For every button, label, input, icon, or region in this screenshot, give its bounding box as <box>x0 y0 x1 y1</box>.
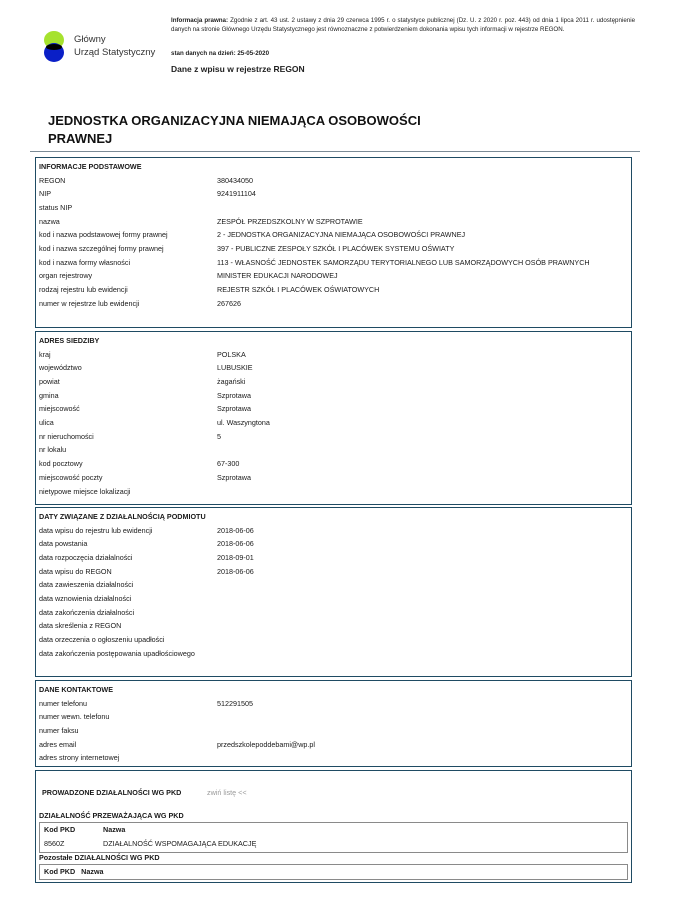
field-value: 2018-06-06 <box>217 537 628 551</box>
field-value <box>217 578 628 592</box>
field-label: data skreślenia z REGON <box>39 619 217 633</box>
page-header: Główny Urząd Statystyczny Informacja pra… <box>0 0 673 90</box>
field-row: numer wewn. telefonu <box>39 710 628 724</box>
field-row: organ rejestrowyMINISTER EDUKACJI NARODO… <box>39 269 628 283</box>
field-value: POLSKA <box>217 348 628 362</box>
section-dates: DATY ZWIĄZANE Z DZIAŁALNOŚCIĄ PODMIOTU d… <box>35 507 632 677</box>
field-value: REJESTR SZKÓŁ I PLACÓWEK OŚWIATOWYCH <box>217 283 628 297</box>
field-row: data wpisu do REGON2018-06-06 <box>39 565 628 579</box>
field-value: 113 - WŁASNOŚĆ JEDNOSTEK SAMORZĄDU TERYT… <box>217 256 628 270</box>
field-value: 2018-06-06 <box>217 565 628 579</box>
section-address: ADRES SIEDZIBY krajPOLSKAwojewództwoLUBU… <box>35 331 632 505</box>
field-value <box>217 485 628 499</box>
field-row: kod i nazwa formy własności113 - WŁASNOŚ… <box>39 256 628 270</box>
field-label: REGON <box>39 174 217 188</box>
field-label: data zawieszenia działalności <box>39 578 217 592</box>
field-row: nazwaZESPÓŁ PRZEDSZKOLNY W SZPROTAWIE <box>39 215 628 229</box>
logo-text: Główny Urząd Statystyczny <box>74 33 155 59</box>
field-label: NIP <box>39 187 217 201</box>
field-row: data wpisu do rejestru lub ewidencji2018… <box>39 524 628 538</box>
field-value: 512291505 <box>217 697 628 711</box>
field-row: gminaSzprotawa <box>39 389 628 403</box>
field-row: ulicaul. Waszyngtona <box>39 416 628 430</box>
field-row: data powstania2018-06-06 <box>39 537 628 551</box>
field-value: żagański <box>217 375 628 389</box>
field-label: rodzaj rejestru lub ewidencji <box>39 283 217 297</box>
gus-logo-icon <box>44 31 66 61</box>
section-heading: DATY ZWIĄZANE Z DZIAŁALNOŚCIĄ PODMIOTU <box>39 510 628 524</box>
field-label: nr nieruchomości <box>39 430 217 444</box>
field-value: Szprotawa <box>217 402 628 416</box>
field-row: data zakończenia postępowania upadłościo… <box>39 647 628 661</box>
field-value: Szprotawa <box>217 389 628 403</box>
field-value <box>217 619 628 633</box>
field-label: organ rejestrowy <box>39 269 217 283</box>
pkd-main-heading: DZIAŁALNOŚĆ PRZEWAŻAJĄCA WG PKD <box>39 811 184 820</box>
pkd-main-table: Kod PKD Nazwa 8560Z DZIAŁALNOŚĆ WSPOMAGA… <box>39 822 628 853</box>
field-value: ul. Waszyngtona <box>217 416 628 430</box>
legal-label: Informacja prawna: <box>171 17 228 24</box>
section-contact: DANE KONTAKTOWE numer telefonu512291505n… <box>35 680 632 767</box>
field-label: miejscowość poczty <box>39 471 217 485</box>
page-subtitle: Dane z wpisu w rejestrze REGON <box>171 64 305 74</box>
field-label: powiat <box>39 375 217 389</box>
field-value: przedszkolepoddebami@wp.pl <box>217 738 628 752</box>
field-row: województwoLUBUSKIE <box>39 361 628 375</box>
field-label: nietypowe miejsce lokalizacji <box>39 485 217 499</box>
field-row: nr lokalu <box>39 443 628 457</box>
field-row: nietypowe miejsce lokalizacji <box>39 485 628 499</box>
logo-line2: Urząd Statystyczny <box>74 46 155 59</box>
field-row: REGON380434050 <box>39 174 628 188</box>
field-row: nr nieruchomości5 <box>39 430 628 444</box>
field-row: miejscowośćSzprotawa <box>39 402 628 416</box>
field-value: ZESPÓŁ PRZEDSZKOLNY W SZPROTAWIE <box>217 215 628 229</box>
column-header-name: Nazwa <box>81 867 103 876</box>
field-row: rodzaj rejestru lub ewidencjiREJESTR SZK… <box>39 283 628 297</box>
legal-text: Zgodnie z art. 43 ust. 2 ustawy z dnia 2… <box>171 17 635 33</box>
field-value: 380434050 <box>217 174 628 188</box>
field-value <box>217 633 628 647</box>
pkd-other-heading: Pozostałe DZIAŁALNOŚCI WG PKD <box>39 853 160 862</box>
gus-logo: Główny Urząd Statystyczny <box>44 31 164 63</box>
field-row: data wznowienia działalności <box>39 592 628 606</box>
pkd-other-table: Kod PKD Nazwa <box>39 864 628 880</box>
field-value: 2 - JEDNOSTKA ORGANIZACYJNA NIEMAJĄCA OS… <box>217 228 628 242</box>
collapse-list-link[interactable]: zwiń listę << <box>207 788 247 797</box>
title-divider <box>30 151 640 152</box>
field-label: ulica <box>39 416 217 430</box>
field-value <box>217 724 628 738</box>
pkd-name: DZIAŁALNOŚĆ WSPOMAGAJĄCA EDUKACJĘ <box>103 837 256 851</box>
field-value <box>217 592 628 606</box>
field-value <box>217 710 628 724</box>
field-label: data wpisu do REGON <box>39 565 217 579</box>
column-header-code: Kod PKD <box>44 867 75 876</box>
section-heading: DANE KONTAKTOWE <box>39 683 628 697</box>
column-header-code: Kod PKD <box>44 823 103 837</box>
field-value <box>217 751 628 765</box>
field-row: kod pocztowy67-300 <box>39 457 628 471</box>
field-value <box>217 606 628 620</box>
field-row: kod i nazwa podstawowej formy prawnej2 -… <box>39 228 628 242</box>
field-row: krajPOLSKA <box>39 348 628 362</box>
field-label: data zakończenia działalności <box>39 606 217 620</box>
field-row: powiatżagański <box>39 375 628 389</box>
pkd-heading: PROWADZONE DZIAŁALNOŚCI WG PKD <box>42 788 181 797</box>
field-label: numer telefonu <box>39 697 217 711</box>
field-value <box>217 201 628 215</box>
field-value: 67-300 <box>217 457 628 471</box>
field-label: data zakończenia postępowania upadłościo… <box>39 647 217 661</box>
section-basic-info: INFORMACJE PODSTAWOWE REGON380434050NIP9… <box>35 157 632 328</box>
field-label: miejscowość <box>39 402 217 416</box>
field-label: data powstania <box>39 537 217 551</box>
field-value: 397 - PUBLICZNE ZESPOŁY SZKÓŁ I PLACÓWEK… <box>217 242 628 256</box>
field-label: data wpisu do rejestru lub ewidencji <box>39 524 217 538</box>
table-header-row: Kod PKD Nazwa <box>40 823 627 837</box>
field-label: kod i nazwa szczególnej formy prawnej <box>39 242 217 256</box>
pkd-code: 8560Z <box>44 837 103 851</box>
column-header-name: Nazwa <box>103 823 125 837</box>
field-row: data orzeczenia o ogłoszeniu upadłości <box>39 633 628 647</box>
field-value: MINISTER EDUKACJI NARODOWEJ <box>217 269 628 283</box>
field-label: data orzeczenia o ogłoszeniu upadłości <box>39 633 217 647</box>
field-value: 2018-09-01 <box>217 551 628 565</box>
field-label: województwo <box>39 361 217 375</box>
field-label: numer wewn. telefonu <box>39 710 217 724</box>
field-value: 5 <box>217 430 628 444</box>
data-date: stan danych na dzień: 25-05-2020 <box>171 50 269 57</box>
field-row: adres strony internetowej <box>39 751 628 765</box>
field-label: numer w rejestrze lub ewidencji <box>39 297 217 311</box>
field-label: kod pocztowy <box>39 457 217 471</box>
field-row: data rozpoczęcia działalności2018-09-01 <box>39 551 628 565</box>
field-value: Szprotawa <box>217 471 628 485</box>
section-heading: INFORMACJE PODSTAWOWE <box>39 160 628 174</box>
field-label: adres email <box>39 738 217 752</box>
field-row: data zakończenia działalności <box>39 606 628 620</box>
section-pkd: PROWADZONE DZIAŁALNOŚCI WG PKD zwiń list… <box>35 770 632 883</box>
table-row: 8560Z DZIAŁALNOŚĆ WSPOMAGAJĄCA EDUKACJĘ <box>40 837 627 851</box>
field-row: data skreślenia z REGON <box>39 619 628 633</box>
field-label: kod i nazwa formy własności <box>39 256 217 270</box>
field-value: 2018-06-06 <box>217 524 628 538</box>
field-label: status NIP <box>39 201 217 215</box>
section-heading: ADRES SIEDZIBY <box>39 334 628 348</box>
field-value <box>217 647 628 661</box>
logo-line1: Główny <box>74 33 155 46</box>
field-label: adres strony internetowej <box>39 751 217 765</box>
field-label: gmina <box>39 389 217 403</box>
field-row: numer faksu <box>39 724 628 738</box>
field-label: data rozpoczęcia działalności <box>39 551 217 565</box>
field-label: kraj <box>39 348 217 362</box>
field-row: kod i nazwa szczególnej formy prawnej397… <box>39 242 628 256</box>
field-label: nazwa <box>39 215 217 229</box>
field-value: 267626 <box>217 297 628 311</box>
field-row: data zawieszenia działalności <box>39 578 628 592</box>
legal-notice: Informacja prawna: Zgodnie z art. 43 ust… <box>171 16 635 35</box>
field-row: adres emailprzedszkolepoddebami@wp.pl <box>39 738 628 752</box>
field-value: 9241911104 <box>217 187 628 201</box>
field-label: numer faksu <box>39 724 217 738</box>
field-value: LUBUSKIE <box>217 361 628 375</box>
field-value <box>217 443 628 457</box>
field-row: NIP9241911104 <box>39 187 628 201</box>
field-label: data wznowienia działalności <box>39 592 217 606</box>
field-row: numer telefonu512291505 <box>39 697 628 711</box>
field-label: kod i nazwa podstawowej formy prawnej <box>39 228 217 242</box>
field-row: status NIP <box>39 201 628 215</box>
field-row: miejscowość pocztySzprotawa <box>39 471 628 485</box>
field-label: nr lokalu <box>39 443 217 457</box>
field-row: numer w rejestrze lub ewidencji267626 <box>39 297 628 311</box>
page-title: JEDNOSTKA ORGANIZACYJNA NIEMAJĄCA OSOBOW… <box>48 112 448 148</box>
